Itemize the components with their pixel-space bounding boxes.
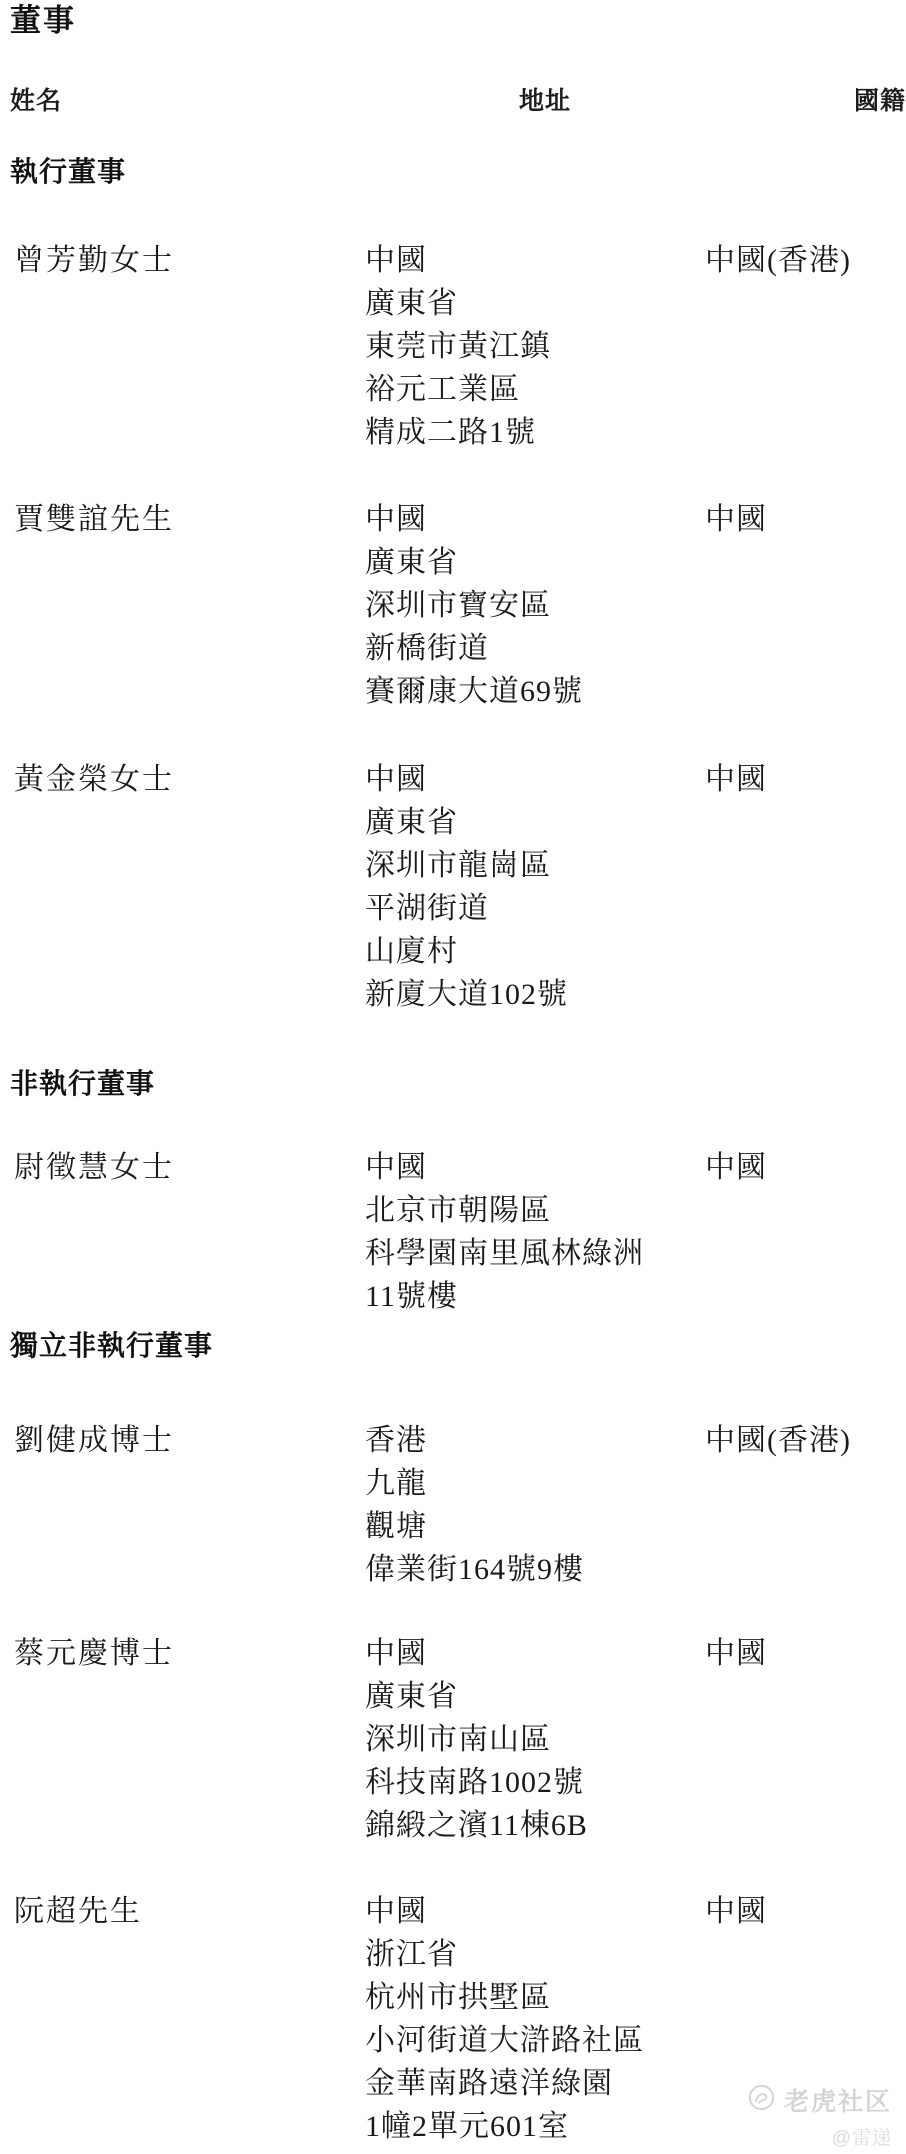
director-row: 黃金榮女士 中國廣東省深圳市龍崗區平湖街道山廈村新廈大道102號 中國 [0,758,906,1016]
address-line: 中國 [365,498,705,541]
address-line: 山廈村 [365,930,705,973]
column-header-name: 姓名 [10,86,519,116]
watermark-brand-text: 老虎社区 [784,2082,892,2118]
address-line: 浙江省 [365,1933,705,1976]
director-row: 劉健成博士 香港九龍觀塘偉業街164號9樓 中國(香港) [0,1419,906,1591]
page-title: 董事 [10,2,906,40]
address-line: 錦緞之濱11棟6B [365,1804,705,1847]
address-line: 科學園南里風林綠洲 [365,1232,705,1275]
table-header-row: 姓名 地址 國籍 [0,86,906,116]
director-address: 中國廣東省深圳市寶安區新橋街道賽爾康大道69號 [365,498,705,713]
address-line: 平湖街道 [365,887,705,930]
director-address: 中國廣東省深圳市龍崗區平湖街道山廈村新廈大道102號 [365,758,705,1016]
director-name: 黃金榮女士 [14,758,365,1016]
watermark-brand-row: 老虎社区 [748,2082,892,2118]
address-line: 中國 [365,758,705,801]
address-line: 廣東省 [365,541,705,584]
address-line: 中國 [365,1632,705,1675]
director-name: 劉健成博士 [14,1419,365,1591]
director-nationality: 中國 [705,758,906,1016]
director-address: 中國浙江省杭州市拱墅區小河街道大滸路社區金華南路遠洋綠園1幢2單元601室 [365,1890,705,2148]
address-line: 深圳市龍崗區 [365,844,705,887]
director-nationality: 中國(香港) [705,239,906,454]
address-line: 中國 [365,1890,705,1933]
director-name: 蔡元慶博士 [14,1632,365,1847]
address-line: 九龍 [365,1462,705,1505]
director-name: 曾芳勤女士 [14,239,365,454]
column-header-address: 地址 [519,86,854,116]
address-line: 精成二路1號 [365,411,705,454]
watermark: 老虎社区 @雷递 [748,2082,892,2150]
address-line: 深圳市寶安區 [365,584,705,627]
section-heading: 獨立非執行董事 [0,1329,906,1363]
address-line: 中國 [365,239,705,282]
director-address: 香港九龍觀塘偉業街164號9樓 [365,1419,705,1591]
director-nationality: 中國 [705,1632,906,1847]
director-name: 賈雙誼先生 [14,498,365,713]
address-line: 廣東省 [365,801,705,844]
column-header-nationality: 國籍 [854,86,906,116]
director-nationality: 中國 [705,498,906,713]
address-line: 香港 [365,1419,705,1462]
section-heading: 非執行董事 [0,1067,906,1101]
director-name: 尉徵慧女士 [14,1146,365,1318]
address-line: 東莞市黃江鎮 [365,325,705,368]
director-name: 阮超先生 [14,1890,365,2148]
address-line: 北京市朝陽區 [365,1189,705,1232]
director-address: 中國廣東省深圳市南山區科技南路1002號錦緞之濱11棟6B [365,1632,705,1847]
address-line: 賽爾康大道69號 [365,670,705,713]
address-line: 金華南路遠洋綠園 [365,2062,705,2105]
address-line: 小河街道大滸路社區 [365,2019,705,2062]
address-line: 觀塘 [365,1505,705,1548]
director-address: 中國北京市朝陽區科學園南里風林綠洲11號樓 [365,1146,705,1318]
address-line: 杭州市拱墅區 [365,1976,705,2019]
document-page: 董事 姓名 地址 國籍 執行董事 曾芳勤女士 中國廣東省東莞市黃江鎮裕元工業區精… [0,0,906,2154]
director-row: 賈雙誼先生 中國廣東省深圳市寶安區新橋街道賽爾康大道69號 中國 [0,498,906,713]
director-nationality: 中國 [705,1146,906,1318]
address-line: 新橋街道 [365,627,705,670]
tiger-circle-icon [748,2084,775,2116]
address-line: 廣東省 [365,282,705,325]
director-address: 中國廣東省東莞市黃江鎮裕元工業區精成二路1號 [365,239,705,454]
address-line: 新廈大道102號 [365,973,705,1016]
address-line: 科技南路1002號 [365,1761,705,1804]
watermark-handle-text: @雷递 [748,2123,892,2150]
address-line: 中國 [365,1146,705,1189]
section-heading: 執行董事 [0,155,906,189]
director-nationality: 中國(香港) [705,1419,906,1591]
director-row: 曾芳勤女士 中國廣東省東莞市黃江鎮裕元工業區精成二路1號 中國(香港) [0,239,906,454]
address-line: 11號樓 [365,1275,705,1318]
directors-table: 執行董事 曾芳勤女士 中國廣東省東莞市黃江鎮裕元工業區精成二路1號 中國(香港)… [0,155,906,2148]
address-line: 廣東省 [365,1675,705,1718]
director-row: 尉徵慧女士 中國北京市朝陽區科學園南里風林綠洲11號樓 中國 [0,1146,906,1318]
address-line: 1幢2單元601室 [365,2105,705,2148]
address-line: 深圳市南山區 [365,1718,705,1761]
address-line: 偉業街164號9樓 [365,1548,705,1591]
director-row: 蔡元慶博士 中國廣東省深圳市南山區科技南路1002號錦緞之濱11棟6B 中國 [0,1632,906,1847]
address-line: 裕元工業區 [365,368,705,411]
